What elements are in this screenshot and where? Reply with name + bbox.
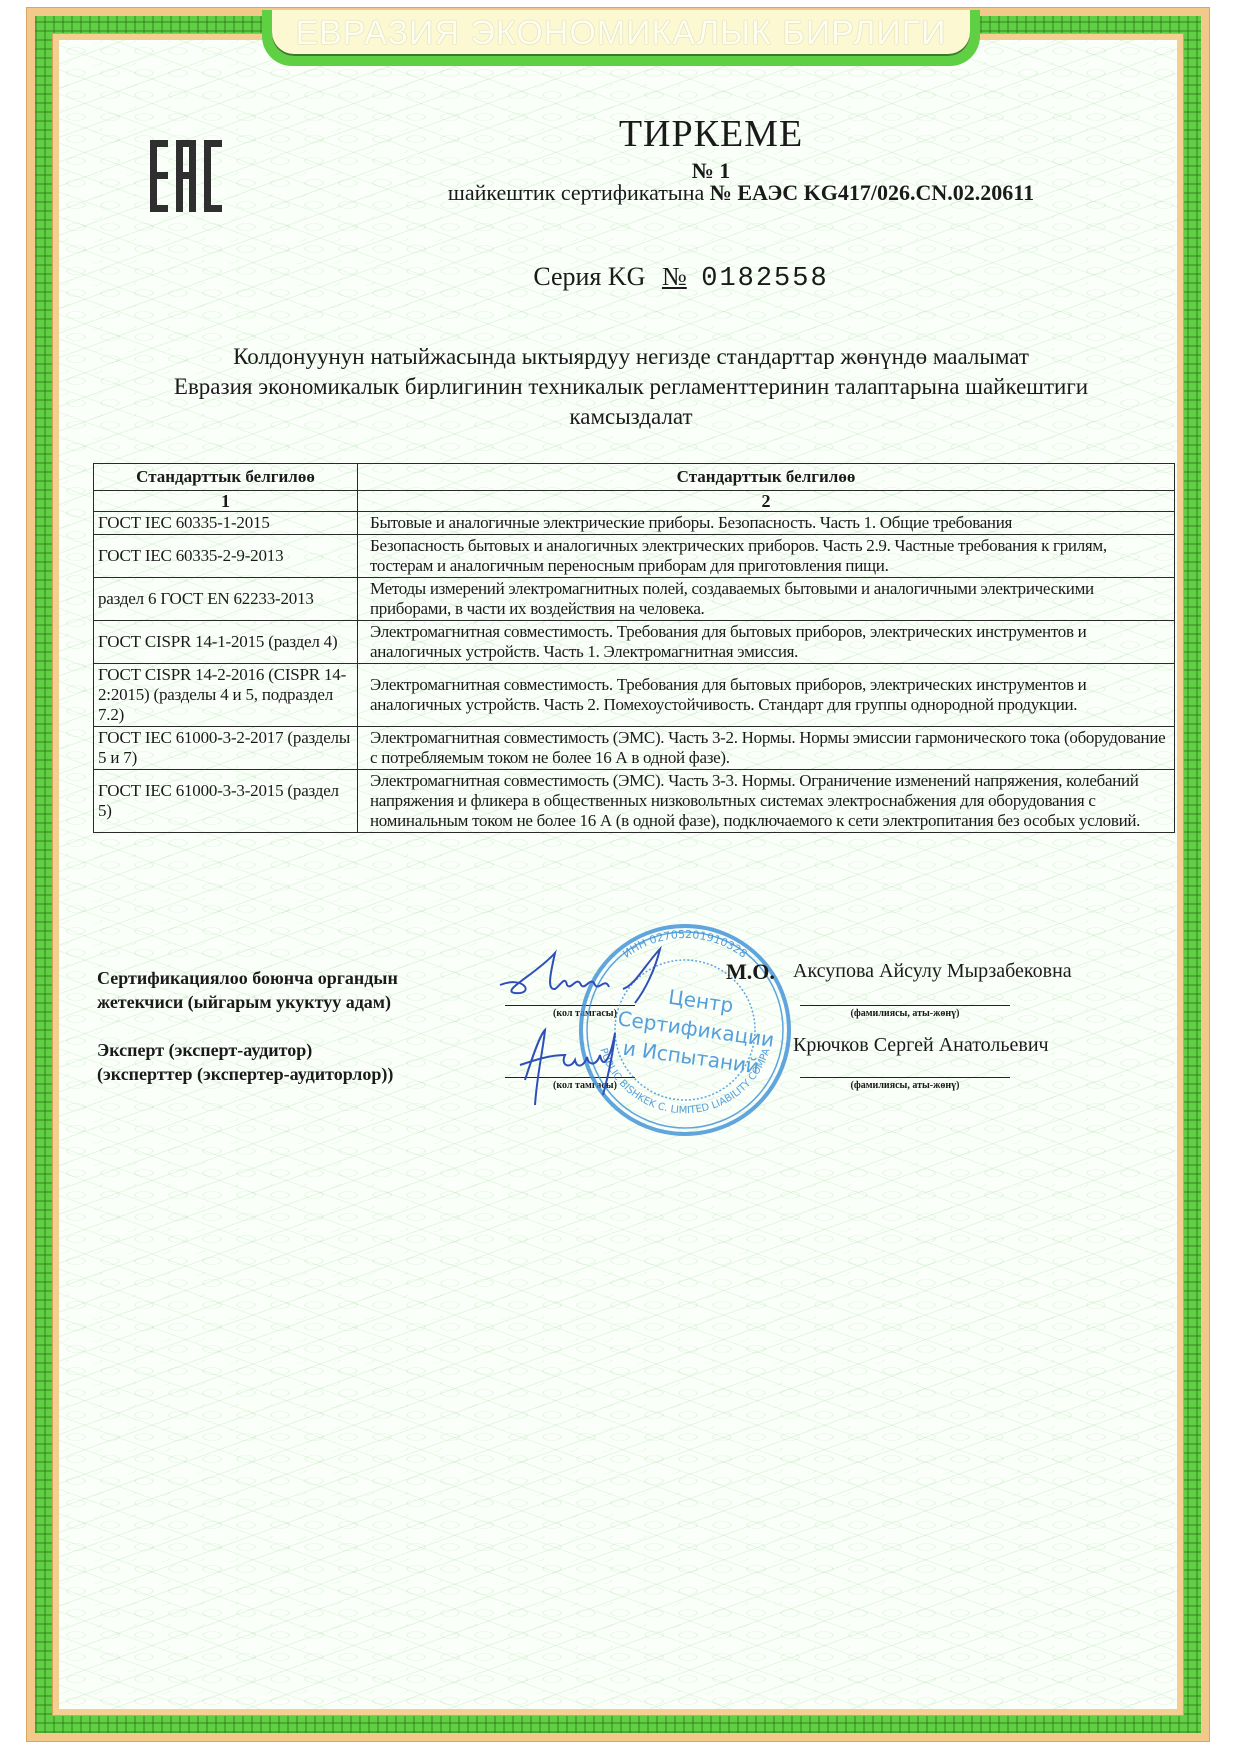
series-number-sign: № <box>662 262 687 291</box>
head-label-line-2: жетекчиси (ыйгарым укуктуу адам) <box>97 990 398 1014</box>
standard-description: Электромагнитная совместимость (ЭМС). Ча… <box>358 770 1175 833</box>
standard-code: ГОСТ CISPR 14-1-2015 (раздел 4) <box>94 621 358 664</box>
expert-label-line-1: Эксперт (эксперт-аудитор) <box>97 1038 393 1062</box>
head-name-line <box>800 1005 1010 1006</box>
union-banner: ЕВРАЗИЯ ЭКОНОМИКАЛЫК БИРЛИГИ <box>272 10 970 56</box>
series-label: Серия KG <box>533 262 645 291</box>
series-line: Серия KG № 0182558 <box>60 262 1242 294</box>
standards-table: Стандарттык белгилөө Стандарттык белгилө… <box>93 463 1175 833</box>
certificate-reference: шайкештик сертификатына № ЕАЭС KG417/026… <box>120 180 1242 206</box>
column-number-row: 1 2 <box>94 491 1175 512</box>
expert-signatory-label: Эксперт (эксперт-аудитор) (эксперттер (э… <box>97 1038 393 1086</box>
expert-name: Крючков Сергей Анатольевич <box>793 1034 1049 1057</box>
head-signatory-label: Сертификациялоо боюнча органдын жетекчис… <box>97 966 398 1014</box>
intro-line-2: Евразия экономикалык бирлигинин техникал… <box>101 372 1161 402</box>
table-row: раздел 6 ГОСТ EN 62233-2013Методы измере… <box>94 578 1175 621</box>
intro-text: Колдонуунун натыйжасында ыктыярдуу негиз… <box>10 342 1242 432</box>
table-row: ГОСТ CISPR 14-2-2016 (CISPR 14-2:2015) (… <box>94 664 1175 727</box>
head-signature <box>495 945 675 1010</box>
standard-description: Бытовые и аналогичные электрические приб… <box>358 512 1175 535</box>
standard-code: ГОСТ IEC 60335-1-2015 <box>94 512 358 535</box>
intro-line-3: камсыздалат <box>131 402 1131 432</box>
column-header-description: Стандарттык белгилөө <box>358 464 1175 491</box>
standard-description: Электромагнитная совместимость. Требован… <box>358 664 1175 727</box>
head-label-line-1: Сертификациялоо боюнча органдын <box>97 966 398 990</box>
standard-code: ГОСТ CISPR 14-2-2016 (CISPR 14-2:2015) (… <box>94 664 358 727</box>
table-row: ГОСТ IEC 61000-3-3-2015 (раздел 5)Электр… <box>94 770 1175 833</box>
standard-description: Безопасность бытовых и аналогичных элект… <box>358 535 1175 578</box>
expert-label-line-2: (эксперттер (экспертер-аудиторлор)) <box>97 1062 393 1086</box>
table-row: ГОСТ CISPR 14-1-2015 (раздел 4)Электрома… <box>94 621 1175 664</box>
standard-code: ГОСТ IEC 61000-3-3-2015 (раздел 5) <box>94 770 358 833</box>
expert-name-line <box>800 1077 1010 1078</box>
intro-line-1: Колдонуунун натыйжасында ыктыярдуу негиз… <box>131 342 1131 372</box>
table-row: ГОСТ IEC 60335-2-9-2013Безопасность быто… <box>94 535 1175 578</box>
svg-text:Центр: Центр <box>667 985 735 1018</box>
standard-code: ГОСТ IEC 61000-3-2-2017 (разделы 5 и 7) <box>94 727 358 770</box>
table-row: ГОСТ IEC 61000-3-2-2017 (разделы 5 и 7)Э… <box>94 727 1175 770</box>
series-number: 0182558 <box>701 264 828 294</box>
head-name: Аксупова Айсулу Мырзабековна <box>793 960 1072 983</box>
standard-description: Электромагнитная совместимость. Требован… <box>358 621 1175 664</box>
seal-place-mark: М.О. <box>726 959 775 985</box>
expert-name-caption: (фамилиясы, аты-жөнү) <box>820 1080 990 1091</box>
standard-description: Электромагнитная совместимость (ЭМС). Ча… <box>358 727 1175 770</box>
standard-code: ГОСТ IEC 60335-2-9-2013 <box>94 535 358 578</box>
column-number-1: 1 <box>94 491 358 512</box>
column-number-2: 2 <box>358 491 1175 512</box>
column-header-code: Стандарттык белгилөө <box>94 464 358 491</box>
head-name-caption: (фамилиясы, аты-жөнү) <box>820 1008 990 1019</box>
standard-code: раздел 6 ГОСТ EN 62233-2013 <box>94 578 358 621</box>
standard-description: Методы измерений электромагнитных полей,… <box>358 578 1175 621</box>
table-header-row: Стандарттык белгилөө Стандарттык белгилө… <box>94 464 1175 491</box>
certificate-number: № ЕАЭС KG417/026.CN.02.20611 <box>710 180 1034 205</box>
certificate-prefix: шайкештик сертификатына <box>448 180 704 205</box>
expert-signature <box>515 1025 635 1110</box>
document-title: ТИРКЕМЕ <box>90 112 1242 156</box>
table-row: ГОСТ IEC 60335-1-2015Бытовые и аналогичн… <box>94 512 1175 535</box>
